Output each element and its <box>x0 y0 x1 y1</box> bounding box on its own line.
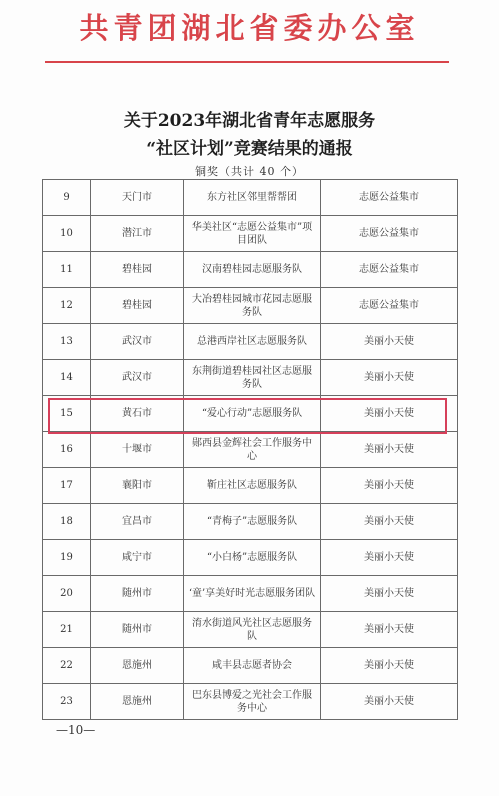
cell-number: 11 <box>43 252 91 288</box>
document-title-line-1: 关于2023年湖北省青年志愿服务 <box>0 106 499 131</box>
table-row: 22 恩施州 咸丰县志愿者协会 美丽小天使 <box>43 648 458 684</box>
cell-number: 10 <box>43 216 91 252</box>
cell-team: “小白杨”志愿服务队 <box>184 540 321 576</box>
cell-city: 咸宁市 <box>91 540 184 576</box>
cell-number: 15 <box>43 396 91 432</box>
cell-project: 志愿公益集市 <box>321 180 458 216</box>
cell-number: 18 <box>43 504 91 540</box>
cell-city: 黄石市 <box>91 396 184 432</box>
table-row: 13 武汉市 总港西岸社区志愿服务队 美丽小天使 <box>43 324 458 360</box>
cell-number: 12 <box>43 288 91 324</box>
page-number: —10— <box>56 723 95 737</box>
cell-project: 美丽小天使 <box>321 324 458 360</box>
section-label: 铜奖（共计 40 个） <box>0 163 499 179</box>
cell-city: 十堰市 <box>91 432 184 468</box>
cell-city: 潜江市 <box>91 216 184 252</box>
cell-team: ‘童’享美好时光志愿服务团队 <box>184 576 321 612</box>
cell-city: 随州市 <box>91 576 184 612</box>
table-row: 19 咸宁市 “小白杨”志愿服务队 美丽小天使 <box>43 540 458 576</box>
cell-project: 美丽小天使 <box>321 684 458 720</box>
cell-city: 碧桂园 <box>91 252 184 288</box>
cell-city: 恩施州 <box>91 684 184 720</box>
table-row: 17 襄阳市 靳庄社区志愿服务队 美丽小天使 <box>43 468 458 504</box>
cell-city: 碧桂园 <box>91 288 184 324</box>
cell-project: 美丽小天使 <box>321 612 458 648</box>
table-row: 23 恩施州 巴东县博爱之光社会工作服务中心 美丽小天使 <box>43 684 458 720</box>
cell-team: 巴东县博爱之光社会工作服务中心 <box>184 684 321 720</box>
cell-team: “青梅子”志愿服务队 <box>184 504 321 540</box>
cell-project: 美丽小天使 <box>321 360 458 396</box>
cell-project: 美丽小天使 <box>321 540 458 576</box>
cell-project: 美丽小天使 <box>321 504 458 540</box>
cell-project: 志愿公益集市 <box>321 252 458 288</box>
cell-project: 美丽小天使 <box>321 468 458 504</box>
cell-project: 美丽小天使 <box>321 396 458 432</box>
cell-number: 16 <box>43 432 91 468</box>
cell-team: 咸丰县志愿者协会 <box>184 648 321 684</box>
cell-number: 9 <box>43 180 91 216</box>
cell-team: 靳庄社区志愿服务队 <box>184 468 321 504</box>
cell-city: 宜昌市 <box>91 504 184 540</box>
cell-number: 20 <box>43 576 91 612</box>
cell-number: 23 <box>43 684 91 720</box>
cell-project: 志愿公益集市 <box>321 216 458 252</box>
cell-number: 14 <box>43 360 91 396</box>
table-row: 18 宜昌市 “青梅子”志愿服务队 美丽小天使 <box>43 504 458 540</box>
table-row: 21 随州市 淯水街道风光社区志愿服务队 美丽小天使 <box>43 612 458 648</box>
cell-number: 22 <box>43 648 91 684</box>
cell-team: 郧西县金辉社会工作服务中心 <box>184 432 321 468</box>
cell-city: 随州市 <box>91 612 184 648</box>
table-row: 20 随州市 ‘童’享美好时光志愿服务团队 美丽小天使 <box>43 576 458 612</box>
cell-team: 淯水街道风光社区志愿服务队 <box>184 612 321 648</box>
awards-table: 9 天门市 东方社区邻里帮帮团 志愿公益集市 10 潜江市 华美社区“志愿公益集… <box>42 179 458 720</box>
cell-number: 13 <box>43 324 91 360</box>
cell-team: 汉南碧桂园志愿服务队 <box>184 252 321 288</box>
cell-city: 天门市 <box>91 180 184 216</box>
cell-city: 武汉市 <box>91 324 184 360</box>
table-row: 9 天门市 东方社区邻里帮帮团 志愿公益集市 <box>43 180 458 216</box>
cell-team: “爱心行动”志愿服务队 <box>184 396 321 432</box>
document-title-line-2: “社区计划”竞赛结果的通报 <box>0 134 499 159</box>
cell-team: 大冶碧桂园城市花园志愿服务队 <box>184 288 321 324</box>
table-row: 14 武汉市 东荆街道碧桂园社区志愿服务队 美丽小天使 <box>43 360 458 396</box>
table-row: 10 潜江市 华美社区“志愿公益集市”项目团队 志愿公益集市 <box>43 216 458 252</box>
cell-number: 17 <box>43 468 91 504</box>
table-row: 11 碧桂园 汉南碧桂园志愿服务队 志愿公益集市 <box>43 252 458 288</box>
table-row: 12 碧桂园 大冶碧桂园城市花园志愿服务队 志愿公益集市 <box>43 288 458 324</box>
cell-city: 襄阳市 <box>91 468 184 504</box>
table-row-highlighted: 15 黄石市 “爱心行动”志愿服务队 美丽小天使 <box>43 396 458 432</box>
cell-project: 美丽小天使 <box>321 432 458 468</box>
organization-header: 共青团湖北省委办公室 <box>0 6 499 47</box>
cell-number: 19 <box>43 540 91 576</box>
cell-project: 美丽小天使 <box>321 648 458 684</box>
table-row: 16 十堰市 郧西县金辉社会工作服务中心 美丽小天使 <box>43 432 458 468</box>
cell-project: 志愿公益集市 <box>321 288 458 324</box>
cell-team: 华美社区“志愿公益集市”项目团队 <box>184 216 321 252</box>
cell-team: 东荆街道碧桂园社区志愿服务队 <box>184 360 321 396</box>
cell-team: 东方社区邻里帮帮团 <box>184 180 321 216</box>
cell-number: 21 <box>43 612 91 648</box>
cell-team: 总港西岸社区志愿服务队 <box>184 324 321 360</box>
cell-project: 美丽小天使 <box>321 576 458 612</box>
cell-city: 恩施州 <box>91 648 184 684</box>
cell-city: 武汉市 <box>91 360 184 396</box>
header-divider <box>45 61 449 63</box>
